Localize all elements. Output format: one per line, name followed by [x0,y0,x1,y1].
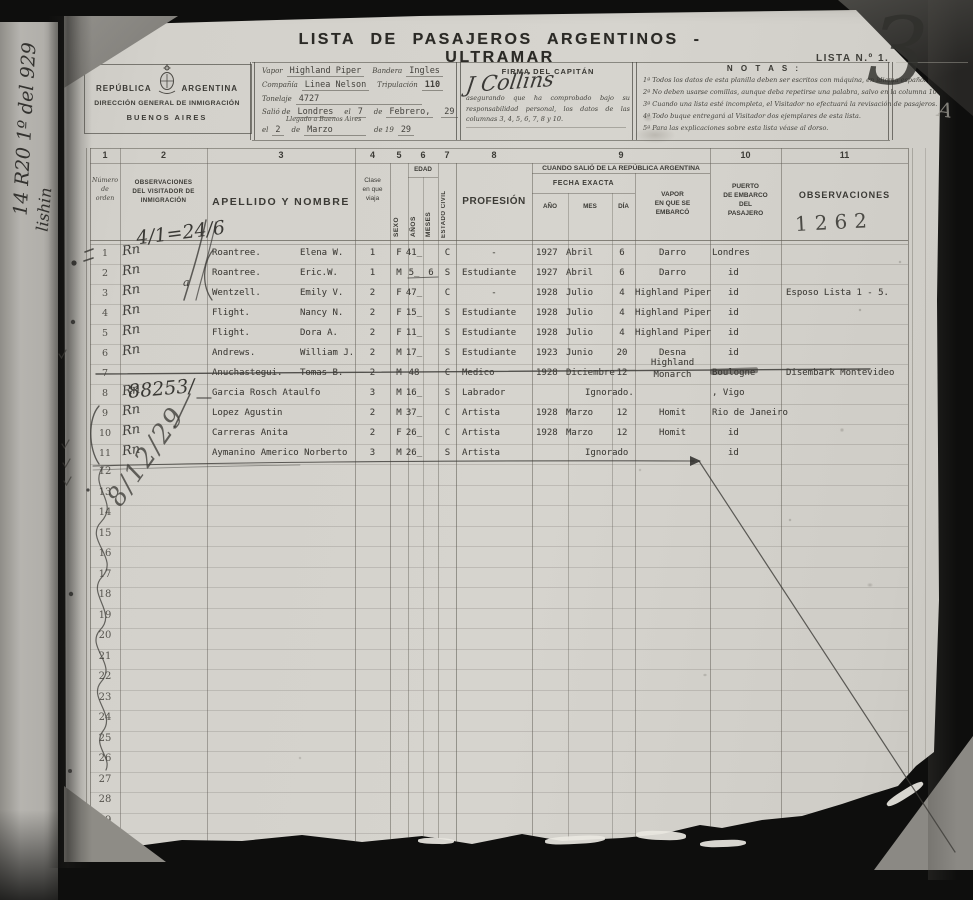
cell-anos: 11_ [404,328,424,339]
col9-header: CUANDO SALIÓ DE LA REPÚBLICA ARGENTINA [532,165,710,172]
de-label: de [374,108,383,116]
empty-row-number: 19 [90,610,120,621]
cell-puerto: Londres [712,248,750,259]
table-line [90,649,908,650]
empty-row-number: 17 [90,569,120,580]
cell-puerto: id [728,428,739,439]
cell-ano: 1923 [536,348,558,359]
cell-puerto: id [728,448,739,459]
cell-given: Nancy N. [300,308,343,319]
cell-given: Elena W. [300,248,343,259]
cell-given: Dora A. [300,328,338,339]
col7-header: ESTADO CIVIL [441,172,447,238]
empty-row-number: 23 [90,692,120,703]
cell-mes: Julio [566,288,593,299]
handwritten-page-number: 3 [866,4,931,101]
cell-given: Eric.W. [300,268,338,279]
col9-fecha-header: FECHA EXACTA [532,180,635,187]
handwritten-row2-mark: a [183,276,190,289]
cell-profesion: Estudiante [462,348,516,359]
cell-clase: 3 [355,388,390,399]
cell-fecha_span: Ignorado [585,448,628,459]
table-line [90,669,908,670]
col2-line: DEL VISITADOR DE [120,187,207,196]
table-line [390,163,391,852]
col1-line: orden [90,194,120,203]
cell-clase: 2 [355,408,390,419]
cell-mes: Marzo [566,428,593,439]
cell-surname: Garcia Rosch Ataulfo [212,388,320,399]
cell-ano: 1927 [536,248,558,259]
cell-profesion: Medico [462,368,495,379]
cell-surname: Lopez Agustin [212,408,282,419]
cell-ano: 1928 [536,428,558,439]
cell-surname: Flight. [212,328,250,339]
cell-surname: Anuchastegui. [212,368,282,379]
cell-profesion: Artista [462,408,500,419]
cell-ano: 1928 [536,368,558,379]
cell-clase: 2 [355,348,390,359]
cell-estado: C [438,408,457,419]
cell-clase: 1 [355,268,390,279]
empty-row-number: 18 [90,589,120,600]
number-stamp: 1262 [794,208,874,236]
empty-row-number: 24 [90,712,120,723]
table-line [90,505,908,506]
llegado-month: Marzo [304,125,366,136]
cell-meses: 6 [424,268,438,279]
cell-puerto: id [728,308,739,319]
col3-header: APELLIDO Y NOMBRE [207,196,355,208]
cell-vapor: Highland Piper [635,308,710,319]
cell-num: 5 [90,328,120,339]
cell-dia: 12 [610,428,634,439]
cell-profesion: Artista [462,428,500,439]
table-line [207,148,208,852]
col11-header: OBSERVACIONES [781,190,908,200]
empty-row-number: 28 [90,794,120,805]
cell-dia: 12 [610,368,634,379]
cell-mes: Abril [566,248,593,259]
cell-visitador: Rn [121,424,141,437]
cell-num: 11 [90,448,120,459]
cell-mes: Abril [566,268,593,279]
table-line [90,264,908,265]
col4-line: Clase [353,176,392,185]
cell-num: 8 [90,388,120,399]
letterhead-city: BUENOS AIRES [86,113,248,122]
table-line [925,148,926,852]
col6-header-edad: EDAD [408,166,438,173]
table-line [908,148,909,852]
cell-visitador: Rn [121,324,141,337]
cell-profesion: Labrador [462,388,505,399]
col10-line: PUERTO [710,182,781,191]
column-number: 11 [781,150,908,160]
col1-line: Número [90,176,120,185]
ship-line-1: VaporHighland Piper BanderaIngles [262,66,449,76]
cell-estado: C [438,428,457,439]
column-number: 7 [438,150,456,160]
cell-vapor: Darro [635,248,710,259]
letterhead-argentina: ARGENTINA [181,84,238,93]
column-number: 8 [456,150,532,160]
cell-dia: 12 [610,408,634,419]
torn-paper-edge [418,838,454,845]
table-line [90,813,908,814]
empty-row-number: 25 [90,733,120,744]
empty-row-number: 14 [90,507,120,518]
table-line [90,608,908,609]
cell-surname: Andrews. [212,348,255,359]
cell-visitador: Rn [121,344,141,357]
column-number: 6 [408,150,438,160]
cell-clase: 1 [355,248,390,259]
cell-clase: 2 [355,368,390,379]
cell-clase: 2 [355,328,390,339]
column-number: 4 [355,150,390,160]
cell-num: 3 [90,288,120,299]
table-line [456,163,457,852]
compania-value: Linea Nelson [302,80,369,91]
cell-num: 6 [90,348,120,359]
empty-row-number: 16 [90,548,120,559]
cell-estado: S [438,388,457,399]
column-number: 9 [532,150,710,160]
cell-puerto: id [728,268,739,279]
cell-ano: 1927 [536,268,558,279]
cell-vapor: Highland Piper [635,328,710,339]
table-line [90,567,908,568]
cell-puerto: Rio de Janeiro [712,408,788,419]
col2-header: OBSERVACIONES DEL VISITADOR DE INMIGRACI… [120,178,207,205]
cell-dia: 6 [610,248,634,259]
table-line [90,628,908,629]
llegado-label: Llegado a Buenos Aires [286,116,361,123]
table-line [90,344,908,345]
col1-line: de [90,185,120,194]
table-line [90,284,908,285]
table-line [90,833,908,834]
table-line [90,148,908,149]
cell-obs: Disembark Montevideo [786,368,894,379]
handwritten-case-number: 88253/ [127,375,196,403]
col9-vapor-header: VAPOR EN QUE SE EMBARCÓ [635,190,710,217]
table-line [90,710,908,711]
cell-given: Emily V. [300,288,343,299]
col9-mes-header: MES [568,203,612,210]
cell-anos: 5_ [404,268,424,279]
cell-profesion: Estudiante [462,268,516,279]
col6-header-anos: AÑOS [410,183,417,237]
col8-header: PROFESIÓN [456,196,532,207]
cell-vapor: Darro [635,268,710,279]
cell-estado: S [438,348,457,359]
cell-vapor: Monarch [635,370,710,381]
table-line [90,751,908,752]
compania-label: Compañía [262,81,298,89]
cell-estado: C [438,248,457,259]
cell-dia: 4 [610,288,634,299]
salio-label: Salió de [262,108,291,116]
table-line [90,587,908,588]
col5-header: SEXO [393,185,400,237]
captain-statement: asegurando que ha comprobado bajo su res… [466,93,630,125]
cell-num: 7 [90,368,120,379]
empty-row-number: 26 [90,753,120,764]
llegado-year: 29 [398,125,414,136]
cell-mes: Junio [566,348,593,359]
tonelaje-label: Tonelaje [262,95,292,103]
col9-ano-header: AÑO [532,203,568,210]
tonelaje-value: 4727 [296,94,422,105]
cell-num: 2 [90,268,120,279]
cell-visitador: Rn [121,304,141,317]
cell-anos: 47_ [404,288,424,299]
cell-estado: S [438,328,457,339]
nota-5: 5ª Para las explicaciones sobre esta lis… [643,124,828,132]
bandera-value: Ingles [406,66,443,77]
col10-header: PUERTO DE EMBARCO DEL PASAJERO [710,182,781,218]
cell-ano: 1928 [536,288,558,299]
table-line [408,177,438,178]
table-line [90,304,908,305]
cell-puerto: , Vigo [712,388,745,399]
cell-vapor: Homit [635,408,710,419]
cell-estado: C [438,368,457,379]
cell-mes: Marzo [566,408,593,419]
cell-surname: Aymanino Americo Norberto [212,448,347,459]
document-page: LISTA DE PASAJEROS ARGENTINOS - ULTRAMAR… [0,0,973,900]
cell-profesion: Estudiante [462,308,516,319]
vapor-label: Vapor [262,67,283,75]
cell-profesion: - [458,248,530,259]
table-line [532,163,533,852]
table-line [710,148,711,852]
cell-surname: Wentzell. [212,288,261,299]
cell-dia: 4 [610,308,634,319]
cell-dia: 4 [610,328,634,339]
table-line [90,384,908,385]
col9-dia-header: DÍA [612,203,635,210]
nota-4: 4ª Todo buque entregará al Visitador dos… [643,112,861,120]
cell-ano: 1928 [536,408,558,419]
table-line [90,792,908,793]
scanned-document-photo: 14 R20 1º del 929 lishin LISTA DE PASAJE… [0,0,973,900]
col9b-line: VAPOR [635,190,710,199]
column-number: 2 [120,150,207,160]
ship-line-3: Tonelaje4727 [262,94,428,105]
table-line [90,690,908,691]
table-line [90,546,908,547]
cell-estado: S [438,308,457,319]
cell-mes: Julio [566,308,593,319]
column-number: 3 [207,150,355,160]
torn-paper-edge [636,830,686,841]
cell-dia: 6 [610,268,634,279]
table-line [90,731,908,732]
cell-surname: Roantree. [212,248,261,259]
cell-given: Tomas B. [300,368,343,379]
letterhead-office: DIRECCIÓN GENERAL DE INMIGRACIÓN [86,100,248,107]
cell-anos: 17_ [404,348,424,359]
cell-profesion: - [458,288,530,299]
llegado-de: de [291,126,300,134]
cell-anos: 15_ [404,308,424,319]
tripulacion-value: 110 [422,80,443,91]
column-number: 5 [390,150,408,160]
cell-surname: Roantree. [212,268,261,279]
vapor-value: Highland Piper [287,66,365,77]
cell-anos: 16_ [404,388,424,399]
table-line [90,772,908,773]
notas-heading: N O T A S : [640,64,888,73]
cell-mes: Julio [566,328,593,339]
cell-anos: 48 [404,368,424,379]
col4-header: Clase en que viaja [353,176,392,203]
table-line [532,193,635,194]
col6-header-meses: MESES [425,183,432,237]
table-line [408,163,409,852]
cell-mes: Diciembre [566,368,615,379]
col9b-line: EN QUE SE [635,199,710,208]
cell-estado: S [438,448,457,459]
col9b-line: EMBARCÓ [635,208,710,217]
salio-year: 29 [441,107,457,118]
ship-line-5: Llegado a Buenos Aires [286,116,365,123]
col2-line: INMIGRACIÓN [120,196,207,205]
cell-surname: Flight. [212,308,250,319]
cell-anos: 41_ [404,248,424,259]
cell-ano: 1928 [536,308,558,319]
cell-vapor: Homit [635,428,710,439]
llegado-el: el [262,126,268,134]
table-line [90,485,908,486]
table-line [90,464,908,465]
cell-ano: 1928 [536,328,558,339]
cell-dia: 20 [610,348,634,359]
cell-fecha_span: Ignorado. [585,388,634,399]
letterhead-country: REPÚBLICA ARGENTINA [86,84,248,93]
de19-label: de 19 [374,126,394,134]
column-number: 10 [710,150,781,160]
table-line [438,163,439,852]
table-line [90,324,908,325]
binding-gutter-shadow [48,16,92,868]
cell-anos: 26_ [404,448,424,459]
table-line [90,364,908,365]
torn-paper-edge [700,839,746,848]
empty-row-number: 22 [90,671,120,682]
empty-row-number: 20 [90,630,120,641]
cell-given: William J. [300,348,354,359]
cell-puerto: id [728,328,739,339]
table-line [90,404,908,405]
table-line [912,148,913,852]
cell-profesion: Estudiante [462,328,516,339]
cell-num: 10 [90,428,120,439]
col4-line: viaja [353,194,392,203]
table-line [532,173,710,174]
col10-line: PASAJERO [710,209,781,218]
cell-anos: 37_ [404,408,424,419]
letterhead-republica: REPÚBLICA [96,84,152,93]
empty-row-number: 21 [90,651,120,662]
empty-row-number: 15 [90,528,120,539]
empty-row-number: 27 [90,774,120,785]
col10-line: DEL [710,200,781,209]
el-label: el [344,108,350,116]
cell-obs: Esposo Lista 1 - 5. [786,288,889,299]
cell-anos: 26_ [404,428,424,439]
cell-clase: 3 [355,448,390,459]
cell-profesion: Artista [462,448,500,459]
table-line [90,444,908,445]
cell-visitador: Rn [121,284,141,297]
cell-num: 4 [90,308,120,319]
cell-visitador: Rn [121,404,141,417]
salio-month: Febrero, [386,107,433,118]
bandera-label: Bandera [372,67,402,75]
cell-estado: S [438,268,457,279]
cell-estado: C [438,288,457,299]
cell-num: 1 [90,248,120,259]
table-line [90,424,908,425]
col10-line: DE EMBARCO [710,191,781,200]
col1-header: Número de orden [90,176,120,203]
cell-num: 9 [90,408,120,419]
tripulacion-label: Tripulación [377,81,418,89]
cell-puerto: id [728,348,739,359]
cell-clase: 2 [355,428,390,439]
cell-puerto: id [728,288,739,299]
ship-line-2: CompañíaLinea Nelson Tripulación110 [262,80,449,90]
cell-clase: 2 [355,308,390,319]
llegado-day: 2 [272,125,283,136]
col2-line: OBSERVACIONES [120,178,207,187]
table-line [90,163,908,164]
cell-vapor_line1: Highland [635,358,710,369]
table-line [90,526,908,527]
cell-clase: 2 [355,288,390,299]
col4-line: en que [353,185,392,194]
cell-surname: Carreras Anita [212,428,288,439]
table-line [90,244,908,245]
cell-visitador: Rn [121,264,141,277]
ship-line-6: el2 deMarzo de 1929 [262,125,420,136]
cell-vapor: Highland Piper [635,288,710,299]
table-line [781,148,782,852]
column-number: 1 [90,150,120,160]
